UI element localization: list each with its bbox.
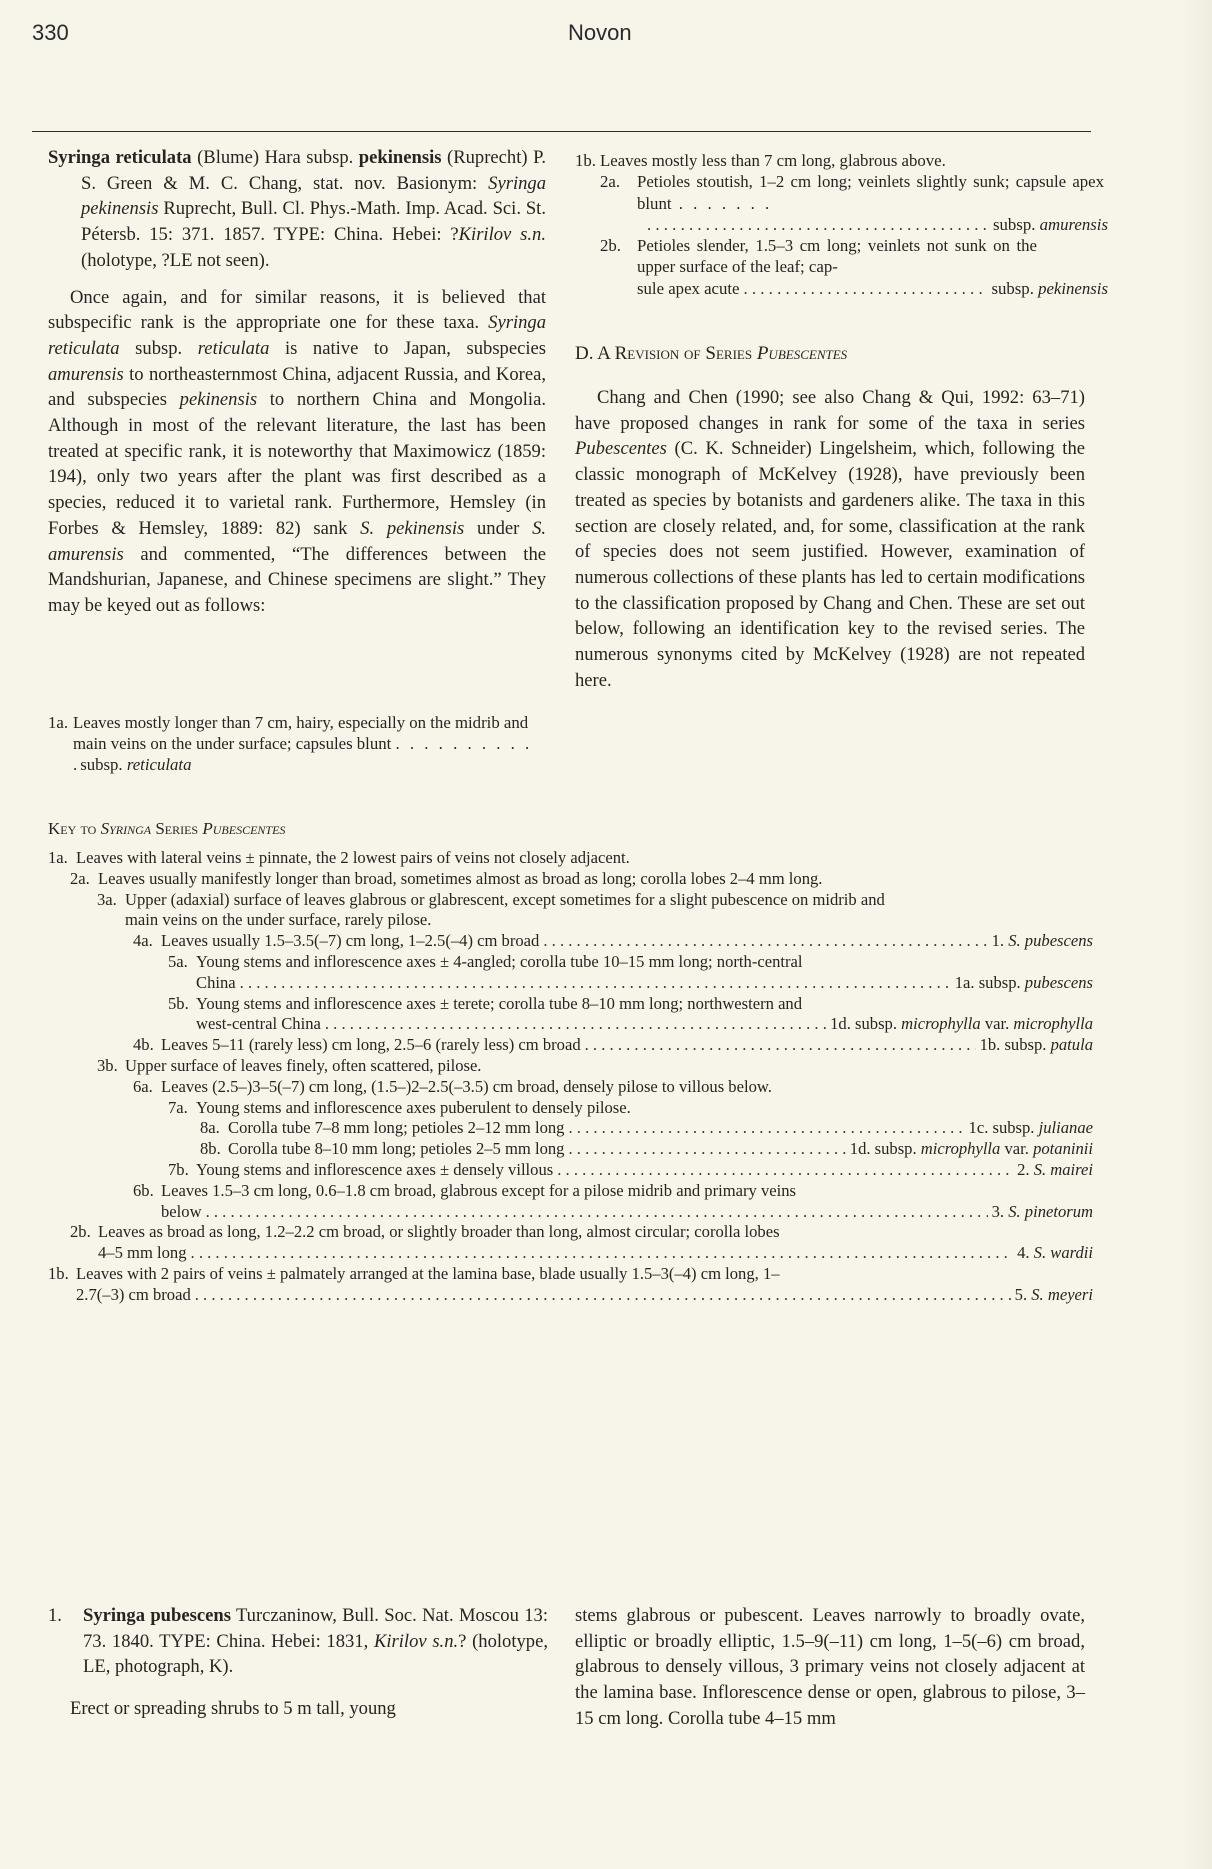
key-result-prefix: subsp. [991, 279, 1038, 298]
key-result-number: 1c. subsp. [969, 1118, 1039, 1137]
key-result-number: 1d. subsp. [850, 1139, 921, 1158]
key-result-name: S. pinetorum [1008, 1202, 1093, 1221]
text-run: (C. K. Schneider) Lingelsheim, which, fo… [575, 438, 1085, 690]
key-leader-dots [585, 1035, 976, 1056]
key-result: 1b. subsp. patula [980, 1035, 1093, 1056]
key-label: 3b. [97, 1056, 118, 1077]
key-text: Leaves mostly less than 7 cm long, glabr… [600, 151, 946, 170]
species-1-citation: 1.Syringa pubescens Turczaninow, Bull. S… [48, 1603, 548, 1680]
identification-key: 1a.Leaves with lateral veins ± pinnate, … [48, 848, 1093, 1306]
italic-run: pekinensis [180, 389, 257, 410]
header-rule [32, 131, 1091, 132]
key-couplet-4a: 4a.Leaves usually 1.5–3.5(–7) cm long, 1… [48, 931, 1093, 952]
revision-text: Chang and Chen (1990; see also Chang & Q… [575, 385, 1085, 693]
type-note: (holotype, ?LE not seen). [81, 250, 269, 271]
key-result-number: 5. [1015, 1285, 1032, 1304]
key-couplet-1a: 1a. Leaves mostly longer than 7 cm, hair… [48, 712, 546, 775]
key-result-name: patula [1051, 1035, 1093, 1054]
key-text: China [196, 973, 236, 994]
collector-name: Kirilov s.n. [459, 224, 546, 245]
key-result-name: pubescens [1025, 973, 1093, 992]
key-label: 2a. [70, 869, 90, 890]
page-number: 330 [32, 20, 69, 46]
key-title-series: Pubescentes [202, 819, 285, 838]
key-result: 1a. subsp. pubescens [955, 973, 1093, 994]
key-result-variety: potaninii [1033, 1139, 1093, 1158]
key-text: Corolla tube 8–10 mm long; petioles 2–5 … [228, 1139, 564, 1160]
key-text: Upper (adaxial) surface of leaves glabro… [125, 890, 915, 932]
text-run: under [464, 518, 532, 539]
key-result-number: 1. [992, 931, 1009, 950]
key-label: 5a. [168, 952, 188, 973]
key-couplet-6a: 6a.Leaves (2.5–)3–5(–7) cm long, (1.5–)2… [48, 1077, 1093, 1098]
key-leader-dots [191, 1243, 1014, 1264]
key-label: 2b. [600, 235, 621, 256]
key-leader-dots [568, 1139, 845, 1160]
key-result-name: julianae [1039, 1118, 1093, 1137]
key-couplet-2b: 2b.Leaves as broad as long, 1.2–2.2 cm b… [48, 1222, 1093, 1264]
key-label: 5b. [168, 994, 189, 1015]
key-result-rank: var. [1000, 1139, 1033, 1158]
key-label: 7b. [168, 1160, 189, 1181]
key-text: Leaves as broad as long, 1.2–2.2 cm broa… [98, 1222, 1093, 1243]
key-label: 4b. [133, 1035, 154, 1056]
key-couplet-2b: 2b. Petioles slender, 1.5–3 cm long; vei… [575, 235, 1108, 299]
key-text: Young stems and inflorescence axes ± ter… [196, 994, 1093, 1015]
key-couplet-2a: 2a. Petioles stoutish, 1–2 cm long; vein… [575, 171, 1104, 235]
key-result: subsp. pekinensis [991, 278, 1108, 299]
key-leader-dots [568, 1118, 964, 1139]
italic-run: amurensis [48, 364, 124, 385]
key-couplet-5b: 5b.Young stems and inflorescence axes ± … [48, 994, 1093, 1036]
subspecies-name: pekinensis [359, 147, 442, 168]
key-result-name: S. meyeri [1031, 1285, 1093, 1304]
key-title-prefix: Key to [48, 819, 101, 838]
key-text: 2.7(–3) cm broad [76, 1285, 191, 1306]
key-result: 1d. subsp. microphylla var. potaninii [850, 1139, 1093, 1160]
key-couplet-8a: 8a.Corolla tube 7–8 mm long; petioles 2–… [48, 1118, 1093, 1139]
key-label: 2a. [600, 171, 620, 192]
taxon-heading-reticulata-pekinensis: Syringa reticulata (Blume) Hara subsp. p… [48, 145, 546, 274]
taxon-authors: (Blume) Hara subsp. [192, 147, 359, 168]
key-result: 5. S. meyeri [1015, 1285, 1093, 1306]
key-leader-dots: . . . . . . . [672, 194, 773, 213]
species-description-continued: stems glabrous or pubescent. Leaves narr… [575, 1603, 1085, 1732]
text-run: subsp. [120, 338, 198, 359]
key-couplet-8b: 8b.Corolla tube 8–10 mm long; petioles 2… [48, 1139, 1093, 1160]
key-result-prefix: subsp. [993, 215, 1040, 234]
section-title-series: Pubescentes [757, 343, 847, 364]
journal-title: Novon [568, 20, 632, 46]
italic-run: reticulata [198, 338, 270, 359]
key-label: 1a. [48, 712, 68, 733]
key-text: sule apex acute [637, 278, 740, 299]
revision-paragraph: Chang and Chen (1990; see also Chang & Q… [575, 385, 1085, 693]
paper-edge-shadow [1182, 0, 1212, 1869]
key-couplet-1a: 1a.Leaves with lateral veins ± pinnate, … [48, 848, 1093, 869]
species-1-heading: 1.Syringa pubescens Turczaninow, Bull. S… [48, 1603, 548, 1722]
key-couplet-3a: 3a.Upper (adaxial) surface of leaves gla… [48, 890, 1093, 932]
key-text: below [161, 1202, 202, 1223]
species-description-start: Erect or spreading shrubs to 5 m tall, y… [48, 1696, 548, 1722]
key-result-prefix: subsp. [80, 755, 127, 774]
key-leader-dots [744, 278, 988, 299]
key-result-name: S. pubescens [1008, 931, 1093, 950]
key-text: Young stems and inflorescence axes ± 4-a… [196, 952, 1093, 973]
key-result-number: 2. [1017, 1160, 1034, 1179]
species-name: Syringa pubescens [83, 1605, 231, 1626]
key-text: Petioles slender, 1.5–3 cm long; veinlet… [637, 235, 1037, 278]
key-result: 1. S. pubescens [992, 931, 1093, 952]
key-result: 1c. subsp. julianae [969, 1118, 1093, 1139]
key-text: Young stems and inflorescence axes ± den… [196, 1160, 553, 1181]
left-column: Syringa reticulata (Blume) Hara subsp. p… [48, 145, 546, 619]
key-label: 1b. [575, 150, 596, 171]
key-title-mid: Series [151, 819, 202, 838]
text-run: is native to Japan, subspecies [269, 338, 546, 359]
section-number: D. A [575, 343, 615, 364]
right-column-key: 1b. Leaves mostly less than 7 cm long, g… [575, 150, 1093, 299]
collector-name: Kirilov s.n. [374, 1631, 458, 1652]
discussion-paragraph: Once again, and for similar reasons, it … [48, 285, 546, 619]
key-text: 4–5 mm long [98, 1243, 187, 1264]
key-result-number: 4. [1017, 1243, 1034, 1262]
key-text: west-central China [196, 1014, 321, 1035]
key-result-number: 3. [992, 1202, 1009, 1221]
key-result: 4. S. wardii [1017, 1243, 1093, 1264]
species-number: 1. [48, 1603, 83, 1629]
key-label: 3a. [97, 890, 117, 911]
key-result: subsp. amurensis [993, 214, 1108, 235]
key-text: Corolla tube 7–8 mm long; petioles 2–12 … [228, 1118, 564, 1139]
species-1-description: stems glabrous or pubescent. Leaves narr… [575, 1603, 1085, 1732]
key-couplet-7a: 7a.Young stems and inflorescence axes pu… [48, 1098, 1093, 1119]
key-couplet-6b: 6b.Leaves 1.5–3 cm long, 0.6–1.8 cm broa… [48, 1181, 1093, 1223]
key-title-genus: Syringa [101, 819, 152, 838]
key-text: Young stems and inflorescence axes puber… [196, 1098, 986, 1119]
text-run: to northern China and Mongolia. Although… [48, 389, 546, 539]
taxon-name: Syringa reticulata [48, 147, 192, 168]
key-result-number: 1a. subsp. [955, 973, 1025, 992]
italic-run: S. pekinensis [360, 518, 464, 539]
key-text: Leaves with 2 pairs of veins ± palmately… [76, 1264, 1093, 1285]
key-text: Leaves (2.5–)3–5(–7) cm long, (1.5–)2–2.… [161, 1077, 951, 1098]
key-leader-dots [557, 1160, 1013, 1181]
key-result: 3. S. pinetorum [992, 1202, 1093, 1223]
key-text: Leaves usually 1.5–3.5(–7) cm long, 1–2.… [161, 931, 539, 952]
key-text: Upper surface of leaves finely, often sc… [125, 1056, 915, 1077]
key-couplet-5a: 5a.Young stems and inflorescence axes ± … [48, 952, 1093, 994]
key-result-name: microphylla [921, 1139, 1001, 1158]
key-text: Leaves usually manifestly longer than br… [98, 869, 918, 890]
section-heading-d: D. A Revision of Series Pubescentes [575, 343, 847, 365]
key-result: reticulata [127, 755, 192, 774]
section-title: Revision of Series [615, 343, 757, 364]
key-result: 1d. subsp. microphylla var. microphylla [830, 1014, 1093, 1035]
key-couplet-3b: 3b.Upper surface of leaves finely, often… [48, 1056, 1093, 1077]
key-leader-dots [240, 973, 951, 994]
text-run: Once again, and for similar reasons, it … [48, 287, 546, 334]
key-label: 1a. [48, 848, 68, 869]
key-result-name: S. wardii [1034, 1243, 1093, 1262]
key-label: 1b. [48, 1264, 69, 1285]
key-couplet-2a: 2a.Leaves usually manifestly longer than… [48, 869, 1093, 890]
key-result: 2. S. mairei [1017, 1160, 1093, 1181]
key-text: Leaves with lateral veins ± pinnate, the… [76, 848, 896, 869]
key-label: 8a. [200, 1118, 220, 1139]
key-result-number: 1b. subsp. [980, 1035, 1051, 1054]
key-label: 2b. [70, 1222, 91, 1243]
key-result-variety: microphylla [1013, 1014, 1093, 1033]
italic-run: Pubescentes [575, 438, 667, 459]
key-leader-dots [647, 214, 989, 235]
key-text: Leaves 1.5–3 cm long, 0.6–1.8 cm broad, … [161, 1181, 1093, 1202]
key-title: Key to Syringa Series Pubescentes [48, 819, 285, 839]
key-label: 4a. [133, 931, 153, 952]
key-couplet-1b: 1b.Leaves with 2 pairs of veins ± palmat… [48, 1264, 1093, 1306]
key-result-number: 1d. subsp. [830, 1014, 901, 1033]
key-couplet-1b: 1b. Leaves mostly less than 7 cm long, g… [575, 150, 1065, 171]
key-label: 8b. [200, 1139, 221, 1160]
key-result-rank: var. [981, 1014, 1014, 1033]
key-result-name: microphylla [901, 1014, 981, 1033]
key-leader-dots [325, 1014, 826, 1035]
key-leader-dots [195, 1285, 1011, 1306]
key-label: 6a. [133, 1077, 153, 1098]
key-label: 7a. [168, 1098, 188, 1119]
key-leader-dots [206, 1202, 988, 1223]
key-couplet-7b: 7b.Young stems and inflorescence axes ± … [48, 1160, 1093, 1181]
text-run: Chang and Chen (1990; see also Chang & Q… [575, 387, 1085, 434]
key-text: Leaves 5–11 (rarely less) cm long, 2.5–6… [161, 1035, 581, 1056]
key-result-name: amurensis [1040, 215, 1108, 234]
key-leader-dots [543, 931, 987, 952]
key-result-name: pekinensis [1038, 279, 1108, 298]
key-result-name: S. mairei [1034, 1160, 1093, 1179]
key-label: 6b. [133, 1181, 154, 1202]
key-couplet-4b: 4b.Leaves 5–11 (rarely less) cm long, 2.… [48, 1035, 1093, 1056]
